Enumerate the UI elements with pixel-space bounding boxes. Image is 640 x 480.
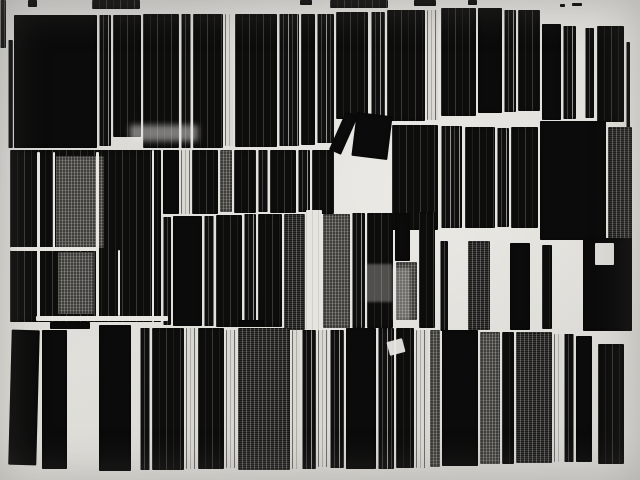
print-bar (50, 322, 90, 329)
print-bar (152, 328, 184, 470)
print-bar (163, 150, 179, 214)
print-bar (542, 245, 552, 329)
print-bar (8, 40, 13, 148)
print-bar (8, 330, 40, 466)
print-highlight (118, 250, 120, 316)
print-bar (238, 320, 264, 327)
print-bar (235, 14, 277, 147)
print-bar (302, 330, 316, 469)
print-bar (99, 325, 131, 471)
print-bar (371, 12, 385, 118)
print-bar (312, 150, 334, 214)
print-bar (42, 330, 67, 469)
print-bar (300, 0, 312, 5)
print-bar (92, 0, 140, 9)
print-bar (298, 150, 310, 212)
print-bar (497, 128, 509, 227)
print-bar (441, 8, 476, 116)
print-highlight (130, 125, 198, 141)
print-bar (518, 10, 540, 111)
print-bar (468, 241, 490, 330)
print-bar (28, 0, 37, 7)
print-bar (441, 126, 462, 228)
print-bar (351, 112, 392, 160)
print-bar (414, 0, 436, 6)
print-bar (330, 0, 388, 8)
print-bar (427, 10, 438, 120)
print-highlight (37, 152, 40, 320)
print-bar (204, 216, 214, 326)
print-bar (284, 214, 305, 330)
print-bar (220, 150, 232, 212)
print-bar (478, 8, 502, 113)
print-bar (323, 214, 350, 328)
print-bar (113, 15, 141, 137)
print-bar (330, 330, 344, 468)
print-bar (173, 216, 202, 326)
print-bar (317, 14, 334, 143)
print-bar (572, 3, 582, 6)
print-bar (468, 0, 477, 5)
print-bar (279, 14, 299, 146)
print-bar (346, 328, 376, 469)
print-highlight (96, 152, 99, 318)
print-bar (542, 24, 561, 120)
print-bar (336, 12, 368, 119)
print-bar (140, 328, 150, 470)
print-bar (226, 330, 236, 468)
print-bar (608, 127, 632, 240)
print-bar (234, 150, 256, 213)
print-bar (511, 127, 538, 228)
print-bar (198, 328, 224, 469)
print-bar (597, 26, 624, 122)
print-highlight (10, 247, 98, 251)
print-highlight (152, 150, 154, 322)
print-bar (0, 0, 6, 48)
print-bar (563, 26, 576, 119)
print-bar (292, 330, 300, 469)
print-highlight (393, 268, 410, 320)
print-bar (564, 334, 574, 462)
print-bar (181, 150, 190, 214)
print-bar (502, 332, 514, 464)
print-artwork (0, 0, 640, 480)
print-bar (416, 330, 428, 468)
print-bar (270, 150, 296, 213)
print-bar (99, 15, 111, 146)
print-bar (585, 28, 594, 118)
print-bar (440, 241, 448, 331)
print-bar (516, 332, 552, 463)
print-bar (504, 10, 516, 112)
print-bar (352, 213, 365, 328)
print-bar (419, 212, 435, 328)
print-highlight (595, 243, 614, 265)
print-bar (186, 328, 196, 469)
print-bar (192, 150, 218, 214)
print-bar (554, 334, 562, 462)
print-bar (58, 252, 94, 314)
print-bar (395, 213, 410, 261)
print-bar (430, 330, 440, 467)
print-bar (560, 4, 565, 7)
print-bar (163, 217, 171, 325)
print-bar (626, 42, 630, 130)
print-highlight (53, 152, 55, 250)
print-highlight (366, 264, 392, 302)
print-highlight (36, 316, 168, 321)
print-bar (258, 150, 268, 212)
print-bar (598, 344, 624, 464)
print-bar (318, 330, 328, 467)
print-bar (510, 243, 530, 330)
print-bar (258, 214, 282, 327)
print-bar (576, 336, 592, 462)
print-bar (442, 330, 478, 466)
print-bar (225, 14, 233, 146)
print-bar (480, 332, 500, 464)
print-bar (301, 14, 315, 145)
print-bar (465, 127, 495, 228)
print-bar (244, 214, 256, 326)
print-bar (216, 215, 242, 327)
print-bar (306, 210, 322, 334)
print-bar (540, 121, 606, 240)
print-bar (387, 10, 425, 121)
print-bar (238, 328, 290, 470)
print-bar (14, 15, 97, 148)
